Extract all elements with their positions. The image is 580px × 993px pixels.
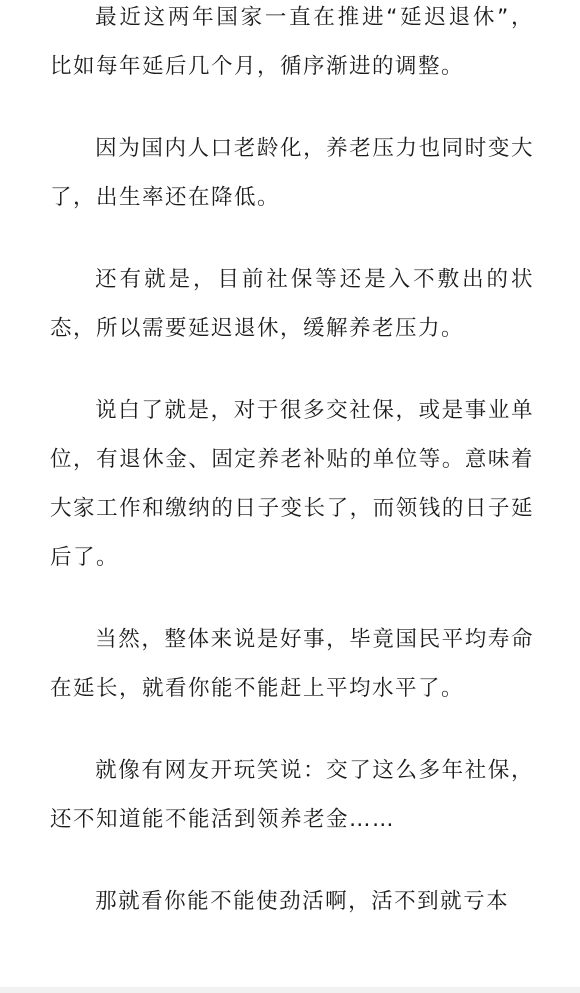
paragraph-6: 就像有网友开玩笑说：交了这么多年社保，还不知道能不能活到领养老金……	[50, 746, 534, 844]
paragraph-5: 当然，整体来说是好事，毕竟国民平均寿命在延长，就看你能不能赶上平均水平了。	[50, 615, 534, 713]
bottom-divider	[0, 987, 580, 993]
paragraph-7: 那就看你能不能使劲活啊，活不到就亏本	[50, 877, 534, 926]
article-body: 最近这两年国家一直在推进“延迟退休”，比如每年延后几个月，循序渐进的调整。 因为…	[50, 0, 534, 926]
paragraph-1: 最近这两年国家一直在推进“延迟退休”，比如每年延后几个月，循序渐进的调整。	[50, 0, 534, 91]
paragraph-3: 还有就是，目前社保等还是入不敷出的状态，所以需要延迟退休，缓解养老压力。	[50, 255, 534, 353]
paragraph-4: 说白了就是，对于很多交社保，或是事业单位，有退休金、固定养老补贴的单位等。意味着…	[50, 386, 534, 582]
paragraph-2: 因为国内人口老龄化，养老压力也同时变大了，出生率还在降低。	[50, 124, 534, 222]
